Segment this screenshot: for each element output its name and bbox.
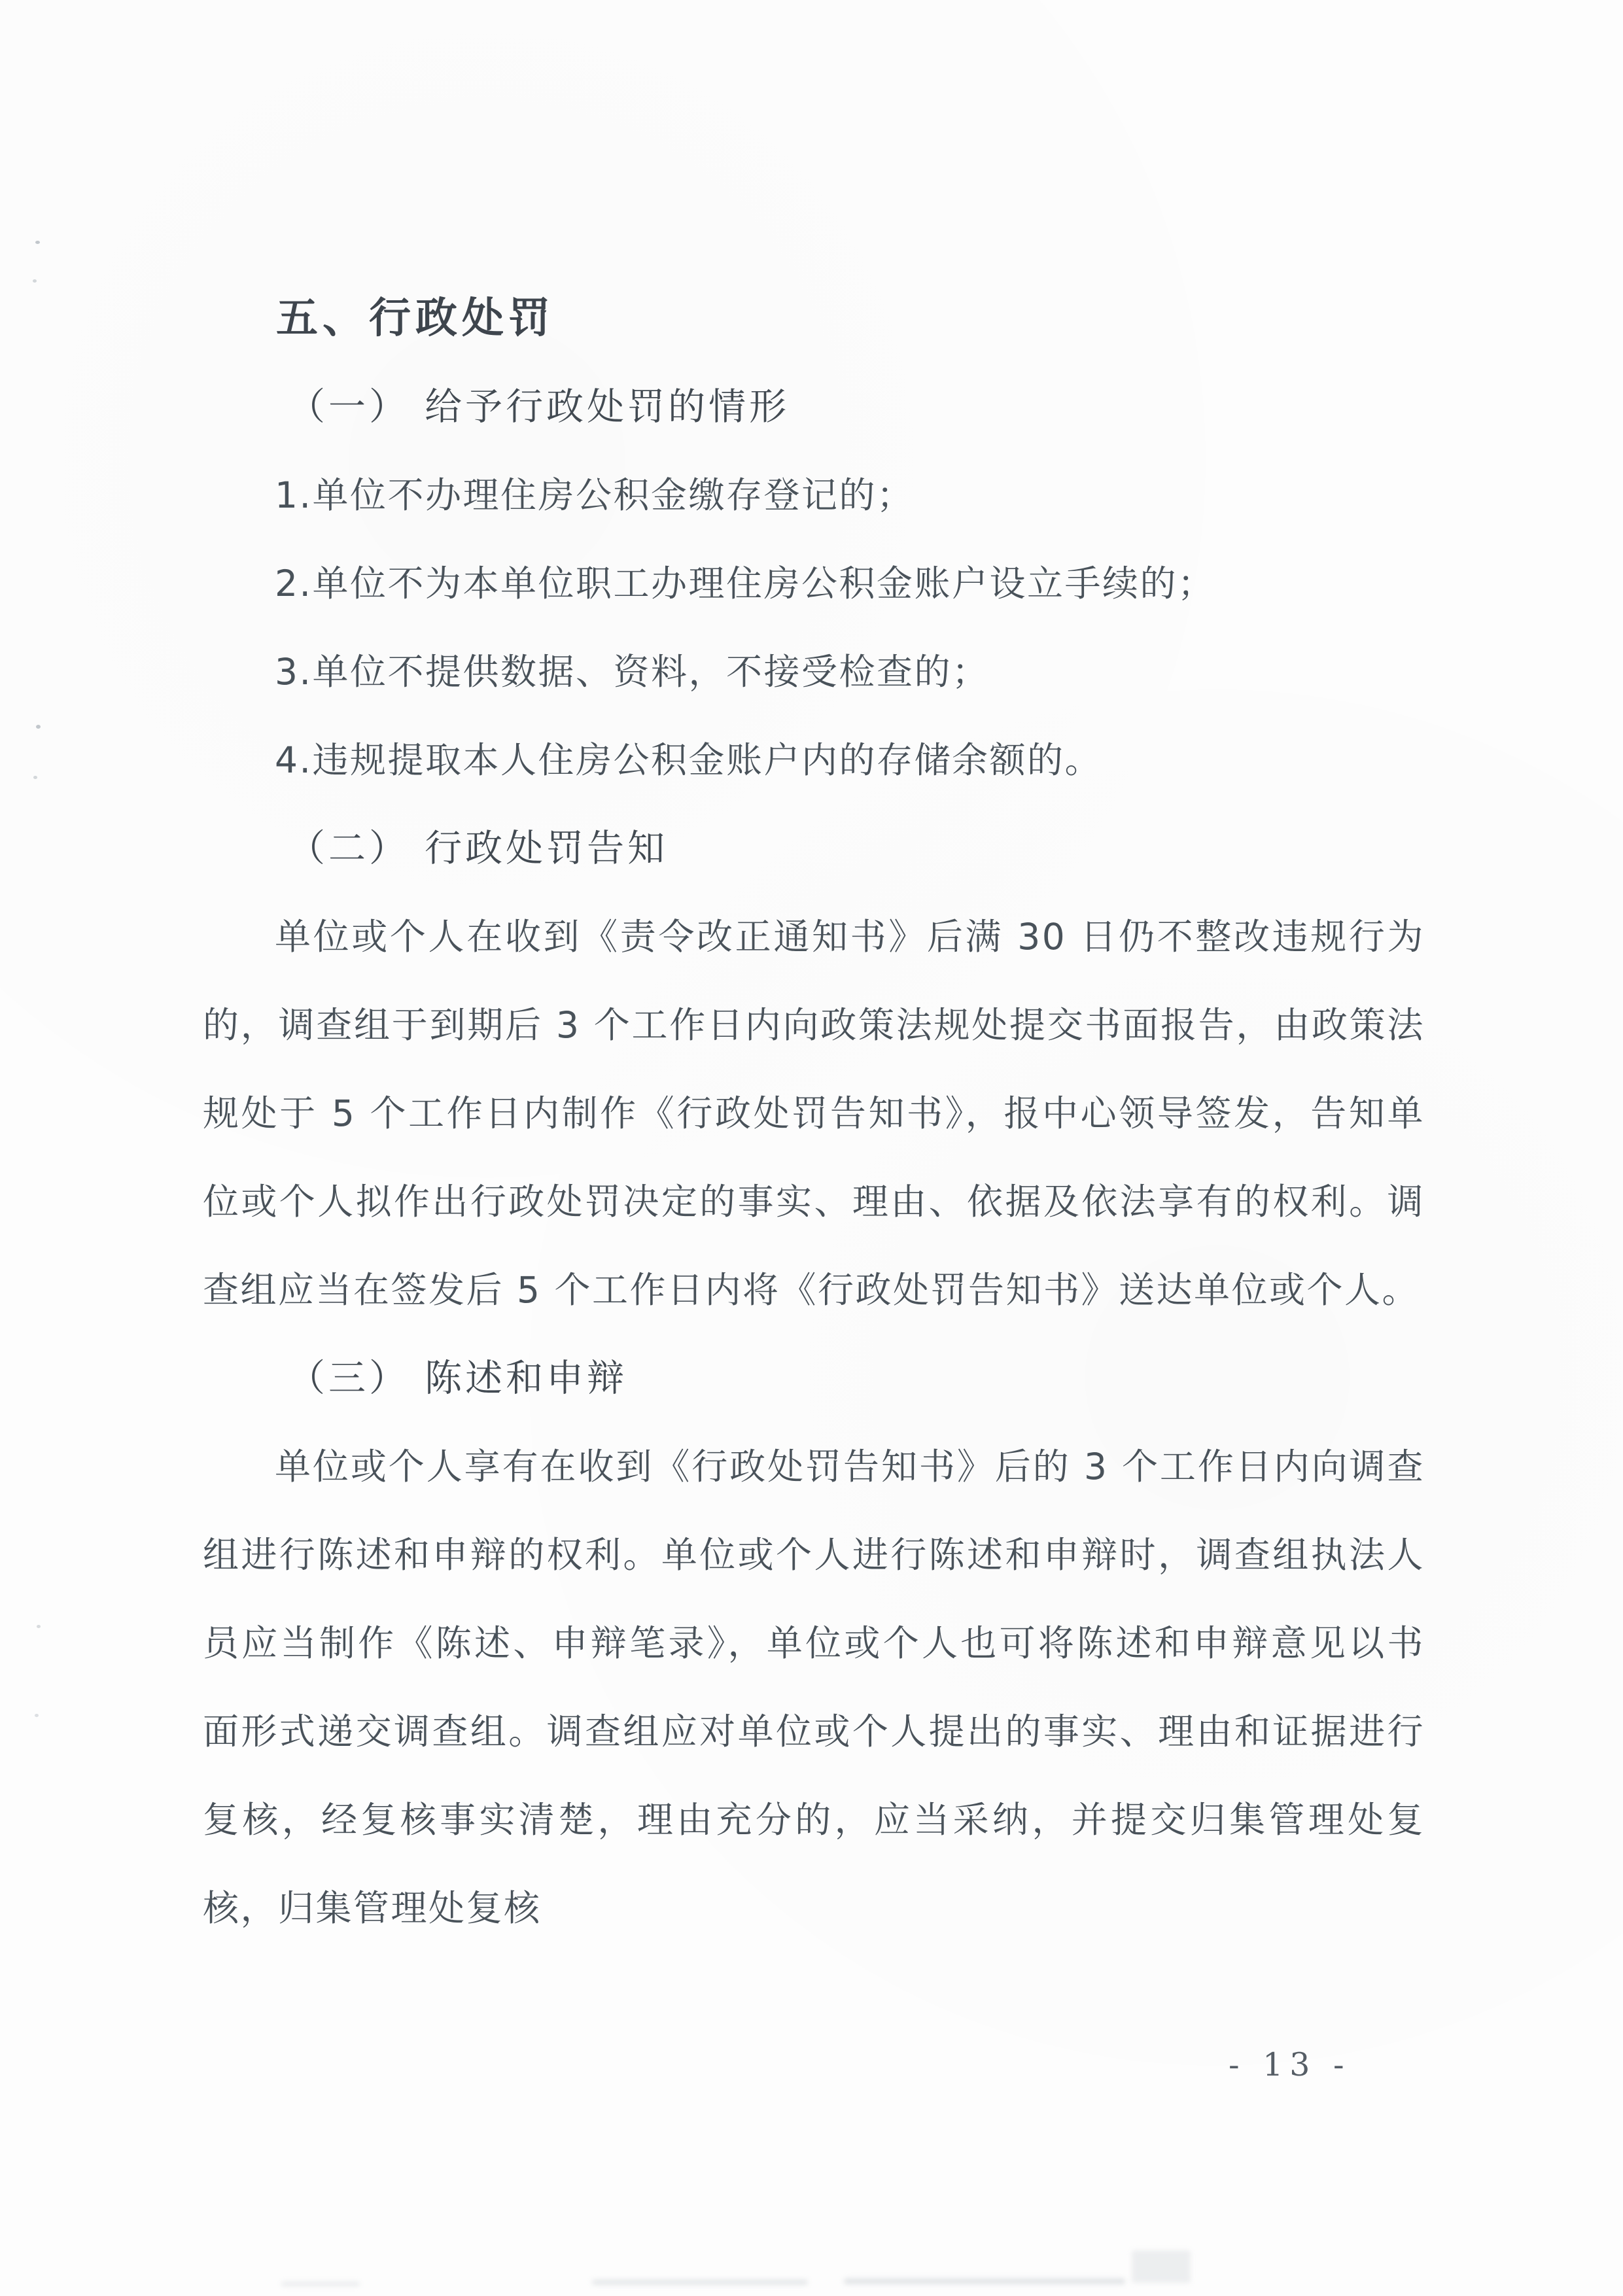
chapter-heading: 五、行政处罚 xyxy=(276,275,1425,363)
paragraph-penalty-notification: 单位或个人在收到《责令改正通知书》后满 30 日仍不整改违规行为的，调查组于到期… xyxy=(203,893,1425,1334)
scan-artifact-smudge xyxy=(281,2282,360,2286)
numbered-item-4: 4.违规提取本人住房公积金账户内的存储余额的。 xyxy=(203,716,1425,805)
section-penalty-situations: （一） 给予行政处罚的情形 1.单位不办理住房公积金缴存登记的； 2.单位不为本… xyxy=(203,363,1425,805)
subsection-title-penalty-notification: （二） 行政处罚告知 xyxy=(288,805,1425,893)
document-body: 五、行政处罚 （一） 给予行政处罚的情形 1.单位不办理住房公积金缴存登记的； … xyxy=(203,275,1425,1953)
page-number: - 13 - xyxy=(1229,2046,1351,2083)
numbered-item-3: 3.单位不提供数据、资料，不接受检查的； xyxy=(203,628,1425,716)
subsection-title-penalty-situations: （一） 给予行政处罚的情形 xyxy=(288,363,1425,451)
section-penalty-notification: （二） 行政处罚告知 单位或个人在收到《责令改正通知书》后满 30 日仍不整改违… xyxy=(203,805,1425,1334)
section-statement-defense: （三） 陈述和申辩 单位或个人享有在收到《行政处罚告知书》后的 3 个工作日内向… xyxy=(203,1334,1425,1953)
numbered-item-1: 1.单位不办理住房公积金缴存登记的； xyxy=(203,451,1425,540)
subsection-title-statement-defense: （三） 陈述和申辩 xyxy=(288,1334,1425,1423)
scan-artifact-dot xyxy=(33,279,37,283)
numbered-item-2: 2.单位不为本单位职工办理住房公积金账户设立手续的； xyxy=(203,540,1425,628)
scan-artifact-dot xyxy=(37,1625,41,1628)
scanned-document-page: 五、行政处罚 （一） 给予行政处罚的情形 1.单位不办理住房公积金缴存登记的； … xyxy=(0,0,1623,2296)
scan-artifact-dot xyxy=(36,725,41,729)
scan-artifact-smudge xyxy=(1132,2250,1191,2283)
scan-artifact-dot xyxy=(35,1714,39,1717)
scan-artifact-dot xyxy=(35,241,40,244)
paragraph-statement-defense: 单位或个人享有在收到《行政处罚告知书》后的 3 个工作日内向调查组进行陈述和申辩… xyxy=(203,1423,1425,1953)
scan-artifact-dot xyxy=(33,776,37,779)
scan-artifact-smudge xyxy=(592,2280,808,2285)
scan-artifact-smudge xyxy=(844,2278,1125,2284)
